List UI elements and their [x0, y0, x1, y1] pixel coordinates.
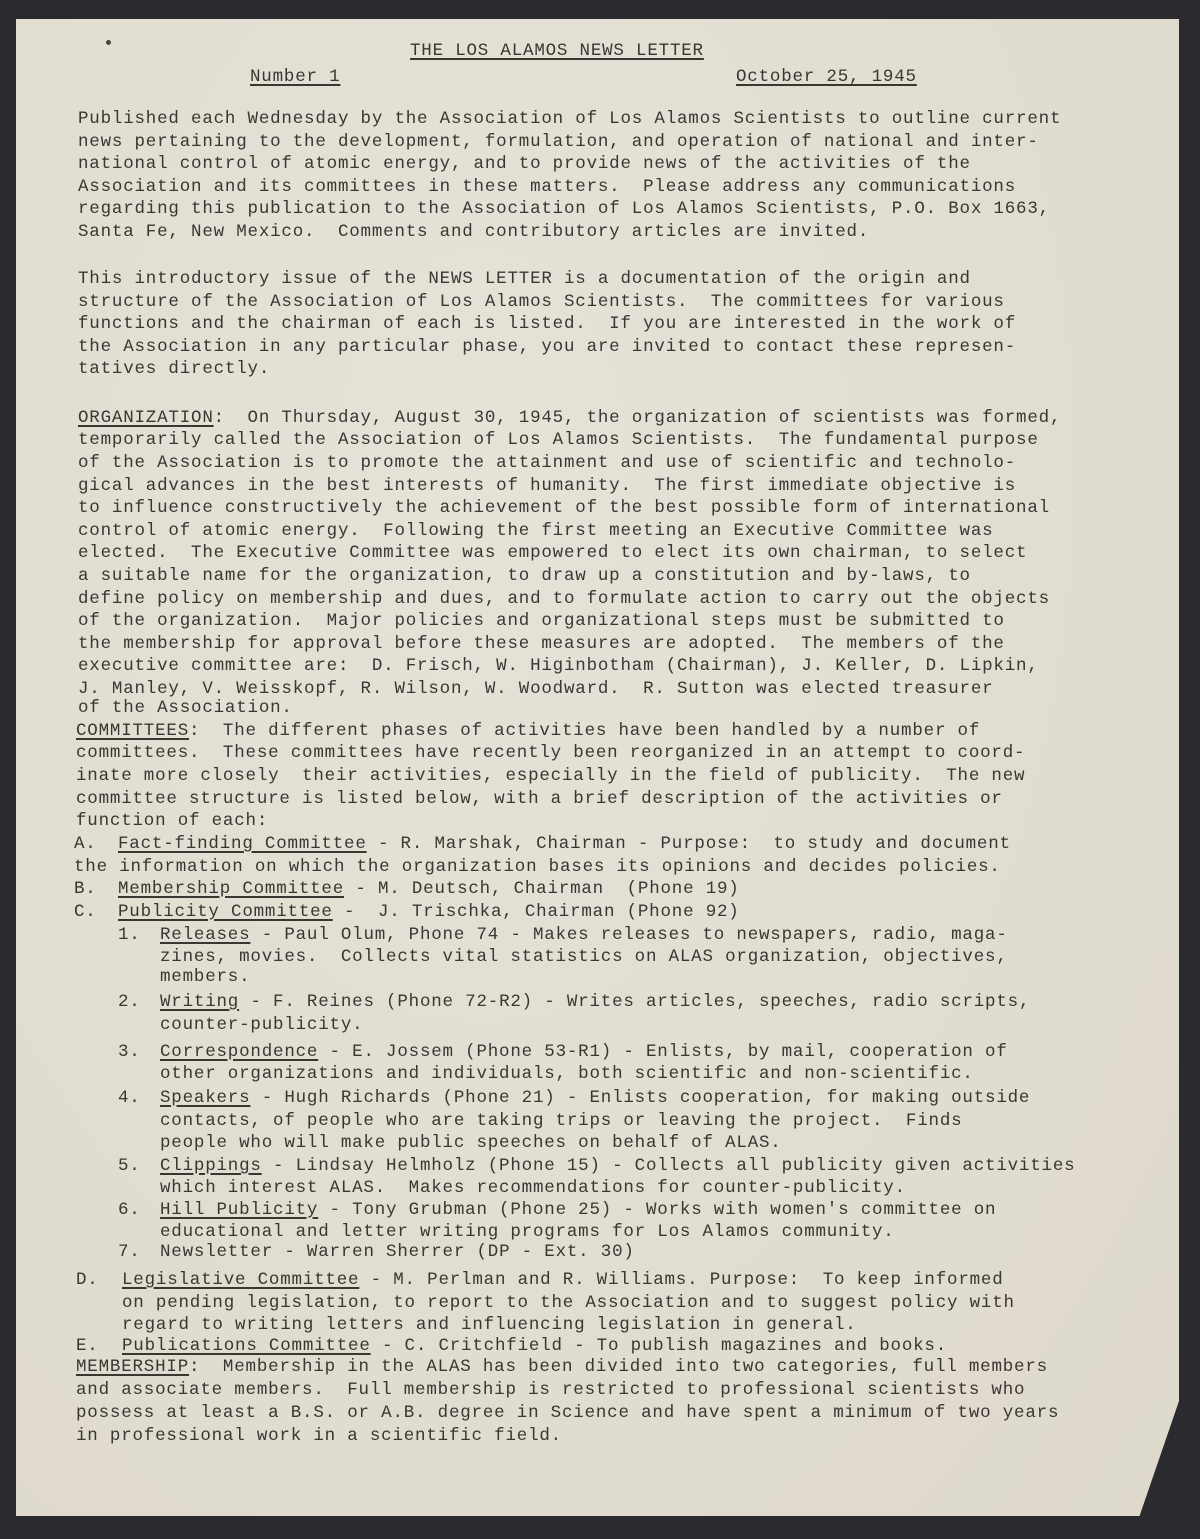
- text-line: national control of atomic energy, and t…: [78, 153, 971, 175]
- subcommittee-description: - F. Reines (Phone 72-R2) - Writes artic…: [239, 992, 1030, 1012]
- text-line: MEMBERSHIP: Membership in the ALAS has b…: [76, 1356, 1048, 1378]
- text-line: of the Association.: [78, 697, 293, 719]
- committee-description: - C. Critchfield - To publish magazines …: [371, 1336, 947, 1356]
- list-marker: D.: [76, 1269, 99, 1291]
- committee-name: Legislative Committee: [122, 1270, 359, 1290]
- text-line: and associate members. Full membership i…: [76, 1379, 1025, 1401]
- committee-name: Publications Committee: [122, 1336, 371, 1356]
- text-line: Association and its committees in these …: [78, 176, 1016, 198]
- text-line: Newsletter - Warren Sherrer (DP - Ext. 3…: [160, 1241, 635, 1263]
- subcommittee-name: Newsletter: [160, 1242, 273, 1262]
- subcommittee-name: Clippings: [160, 1156, 262, 1176]
- text-line: educational and letter writing programs …: [160, 1221, 895, 1243]
- text-line: ORGANIZATION: On Thursday, August 30, 19…: [78, 407, 1061, 429]
- text-line: control of atomic energy. Following the …: [78, 520, 993, 542]
- text-line: elected. The Executive Committee was emp…: [78, 542, 1027, 564]
- text-line: zines, movies. Collects vital statistics…: [160, 946, 1008, 968]
- text-line: committees. These committees have recent…: [76, 742, 1025, 764]
- committee-description: - M. Perlman and R. Williams. Purpose: T…: [359, 1270, 1003, 1290]
- list-marker: 4.: [118, 1087, 141, 1109]
- text-line: Santa Fe, New Mexico. Comments and contr…: [78, 221, 869, 243]
- list-marker: 6.: [118, 1199, 141, 1221]
- text-line: news pertaining to the development, form…: [78, 131, 1039, 153]
- text-line: structure of the Association of Los Alam…: [78, 291, 1005, 313]
- committee-description: - J. Trischka, Chairman (Phone 92): [333, 902, 740, 922]
- list-marker: C.: [74, 901, 97, 923]
- text-line: of the Association is to promote the att…: [78, 452, 1016, 474]
- subcommittee-name: Writing: [160, 992, 239, 1012]
- committee-name: Membership Committee: [118, 879, 344, 899]
- subcommittee-description: - Warren Sherrer (DP - Ext. 30): [273, 1242, 635, 1262]
- list-marker: A.: [74, 833, 97, 855]
- list-marker: 5.: [118, 1155, 141, 1177]
- list-marker: 3.: [118, 1041, 141, 1063]
- text-line: counter-publicity.: [160, 1014, 363, 1036]
- text-line: members.: [160, 966, 250, 988]
- committee-name: Publicity Committee: [118, 902, 333, 922]
- text-line: Publications Committee - C. Critchfield …: [122, 1335, 947, 1357]
- text-line: define policy on membership and dues, an…: [78, 588, 1050, 610]
- newsletter-title: THE LOS ALAMOS NEWS LETTER: [410, 40, 704, 62]
- committees-first-line: : The different phases of activities hav…: [189, 721, 980, 741]
- text-line: on pending legislation, to report to the…: [122, 1292, 1015, 1314]
- subcommittee-name: Releases: [160, 925, 250, 945]
- list-marker: 7.: [118, 1241, 141, 1263]
- committee-description: - R. Marshak, Chairman - Purpose: to stu…: [367, 834, 1011, 854]
- membership-first-line: : Membership in the ALAS has been divide…: [189, 1357, 1048, 1377]
- committee-name: Fact-finding Committee: [118, 834, 367, 854]
- text-line: the Association in any particular phase,…: [78, 336, 1016, 358]
- issue-number: Number 1: [250, 66, 340, 88]
- committee-description: - M. Deutsch, Chairman (Phone 19): [344, 879, 740, 899]
- list-marker: B.: [74, 878, 97, 900]
- text-line: the membership for approval before these…: [78, 633, 1005, 655]
- subcommittee-description: - E. Jossem (Phone 53-R1) - Enlists, by …: [318, 1042, 1007, 1062]
- text-line: executive committee are: D. Frisch, W. H…: [78, 655, 1039, 677]
- text-line: people who will make public speeches on …: [160, 1132, 782, 1154]
- text-line: Membership Committee - M. Deutsch, Chair…: [118, 878, 740, 900]
- subcommittee-name: Correspondence: [160, 1042, 318, 1062]
- text-line: Speakers - Hugh Richards (Phone 21) - En…: [160, 1087, 1030, 1109]
- subcommittee-name: Hill Publicity: [160, 1200, 318, 1220]
- subcommittee-name: Speakers: [160, 1088, 250, 1108]
- text-line: gical advances in the best interests of …: [78, 475, 1016, 497]
- text-line: Legislative Committee - M. Perlman and R…: [122, 1269, 1004, 1291]
- subcommittee-description: - Lindsay Helmholz (Phone 15) - Collects…: [262, 1156, 1076, 1176]
- text-line: Clippings - Lindsay Helmholz (Phone 15) …: [160, 1155, 1075, 1177]
- text-line: temporarily called the Association of Lo…: [78, 429, 1039, 451]
- text-line: Hill Publicity - Tony Grubman (Phone 25)…: [160, 1199, 996, 1221]
- text-line: functions and the chairman of each is li…: [78, 313, 1016, 335]
- list-marker: 1.: [118, 924, 141, 946]
- membership-heading: MEMBERSHIP: [76, 1357, 189, 1377]
- text-line: COMMITTEES: The different phases of acti…: [76, 720, 980, 742]
- text-line: Fact-finding Committee - R. Marshak, Cha…: [118, 833, 1011, 855]
- text-line: in professional work in a scientific fie…: [76, 1425, 562, 1447]
- text-line: contacts, of people who are taking trips…: [160, 1110, 962, 1132]
- text-line: regard to writing letters and influencin…: [122, 1314, 857, 1336]
- issue-date: October 25, 1945: [736, 66, 917, 88]
- text-line: regarding this publication to the Associ…: [78, 198, 1050, 220]
- text-line: of the organization. Major policies and …: [78, 610, 1005, 632]
- text-line: to influence constructively the achievem…: [78, 497, 1050, 519]
- ink-speck: [106, 40, 111, 45]
- text-line: the information on which the organizatio…: [74, 856, 1001, 878]
- text-line: which interest ALAS. Makes recommendatio…: [160, 1177, 906, 1199]
- organization-first-line: : On Thursday, August 30, 1945, the orga…: [214, 408, 1062, 428]
- text-line: Correspondence - E. Jossem (Phone 53-R1)…: [160, 1041, 1008, 1063]
- list-marker: 2.: [118, 991, 141, 1013]
- text-line: inate more closely their activities, esp…: [76, 765, 1025, 787]
- text-line: a suitable name for the organization, to…: [78, 565, 971, 587]
- organization-heading: ORGANIZATION: [78, 408, 214, 428]
- text-line: function of each:: [76, 810, 268, 832]
- newsletter-document: THE LOS ALAMOS NEWS LETTER Number 1 Octo…: [0, 0, 1200, 1539]
- subcommittee-description: - Tony Grubman (Phone 25) - Works with w…: [318, 1200, 996, 1220]
- text-line: Publicity Committee - J. Trischka, Chair…: [118, 901, 740, 923]
- list-marker: E.: [76, 1335, 99, 1357]
- text-line: Published each Wednesday by the Associat…: [78, 108, 1061, 130]
- committees-heading: COMMITTEES: [76, 721, 189, 741]
- subcommittee-description: - Hugh Richards (Phone 21) - Enlists coo…: [250, 1088, 1030, 1108]
- text-line: Writing - F. Reines (Phone 72-R2) - Writ…: [160, 991, 1030, 1013]
- subcommittee-description: - Paul Olum, Phone 74 - Makes releases t…: [250, 925, 1007, 945]
- text-line: This introductory issue of the NEWS LETT…: [78, 268, 971, 290]
- text-line: possess at least a B.S. or A.B. degree i…: [76, 1402, 1059, 1424]
- text-line: other organizations and individuals, bot…: [160, 1063, 974, 1085]
- text-line: committee structure is listed below, wit…: [76, 788, 1003, 810]
- text-line: Releases - Paul Olum, Phone 74 - Makes r…: [160, 924, 1008, 946]
- text-line: tatives directly.: [78, 358, 270, 380]
